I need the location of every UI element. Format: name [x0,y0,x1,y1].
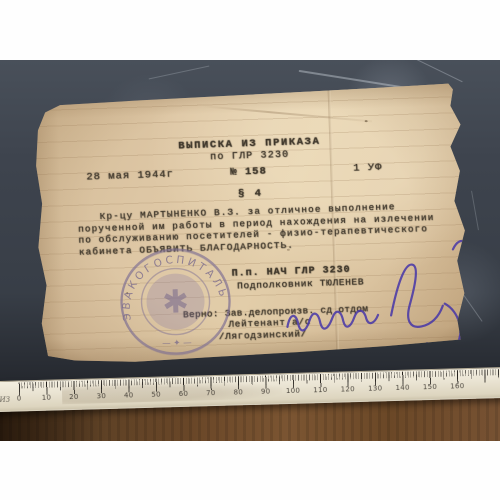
ruler-label: 70 [206,389,216,397]
ruler-label: 0 [17,394,22,402]
scratch-mark [399,60,462,82]
ruler-label: 80 [233,388,243,396]
photo-page: ВЫПИСКА ИЗ ПРИКАЗА по ГЛР 3230 28 мая 19… [0,0,500,500]
unit-code: 1 УФ [353,162,383,175]
ruler-label: 90 [261,387,271,395]
ruler-label: 60 [179,390,189,398]
stamp-bottom-marks: — ✦ — [162,338,192,349]
ruler-label: 30 [96,392,106,400]
stamp-emblem-icon: ✱ [162,282,190,321]
ruler-label: 40 [124,391,134,399]
order-number: № 158 [230,165,267,178]
document-paper: ВЫПИСКА ИЗ ПРИКАЗА по ГЛР 3230 28 мая 19… [32,81,473,367]
top-white-band [0,0,500,60]
ruler-label: 140 [395,384,409,392]
ruler-label: 20 [69,393,79,401]
ruler-label: 10 [42,394,52,402]
ruler-label: 110 [313,386,327,394]
ruler-label: 50 [151,391,161,399]
ruler-label: 130 [368,384,382,392]
ruler-label: 160 [450,382,464,390]
ruler-label: 100 [286,387,300,395]
scratch-mark [471,191,479,231]
ruler-label: 150 [423,383,437,391]
bottom-white-band [0,441,500,500]
ruler-brand: КИЗ [0,396,10,404]
scratch-mark [149,66,210,80]
section-mark: § 4 [238,188,263,201]
ruler-label: 120 [341,385,355,393]
photo-area: ВЫПИСКА ИЗ ПРИКАЗА по ГЛР 3230 28 мая 19… [0,60,500,441]
round-stamp: ✱ ЭВАКОГОСПИТАЛЬ — ✦ — [113,239,239,365]
